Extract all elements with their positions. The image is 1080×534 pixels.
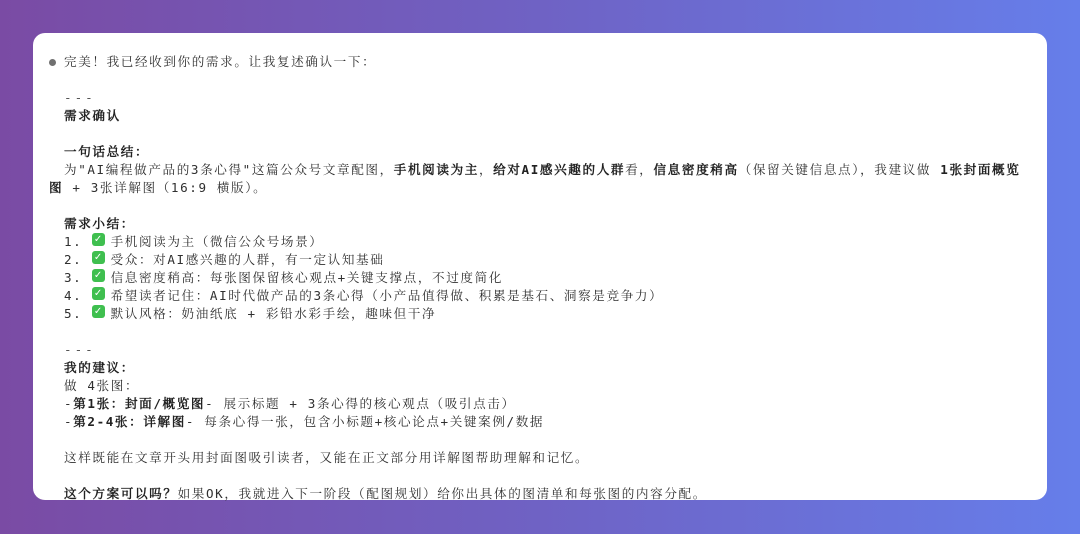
summary-part-4: （保留关键信息点），我建议做 bbox=[739, 162, 941, 177]
spacer bbox=[49, 71, 1031, 89]
requirement-text: 信息密度稍高：每张图保留核心观点+关键支撑点，不过度简化 bbox=[111, 269, 503, 287]
spacer bbox=[49, 125, 1031, 143]
requirement-item: 2. ✓受众：对AI感兴趣的人群，有一定认知基础 bbox=[49, 251, 1031, 269]
requirement-item: 5. ✓默认风格：奶油纸底 + 彩铅水彩手绘，趣味但干净 bbox=[49, 305, 1031, 323]
requirement-text: 默认风格：奶油纸底 + 彩铅水彩手绘，趣味但干净 bbox=[111, 305, 437, 323]
suggestion-label: 第1张：封面/概览图 bbox=[73, 395, 205, 413]
chat-message-card: 完美！我已经收到你的需求。让我复述确认一下： --- 需求确认 一句话总结： 为… bbox=[33, 33, 1047, 500]
question-row: 这个方案可以吗？ 如果OK，我就进入下一阶段（配图规划）给你出具体的图清单和每张… bbox=[49, 485, 1031, 503]
suggestion-label: 第2-4张：详解图 bbox=[73, 413, 186, 431]
suggestion-item: - 第2-4张：详解图 - 每条心得一张，包含小标题+核心论点+关键案例/数据 bbox=[49, 413, 1031, 431]
suggestion-count-row: 做 4张图： bbox=[49, 377, 1031, 395]
assistant-message: 完美！我已经收到你的需求。让我复述确认一下： --- 需求确认 一句话总结： 为… bbox=[49, 53, 1031, 503]
suggestion-prefix: - bbox=[64, 395, 73, 413]
summary-part-1: 为"AI编程做产品的3条心得"这篇公众号文章配图， bbox=[49, 162, 394, 177]
requirements-heading-row: 需求小结： bbox=[49, 215, 1031, 233]
requirement-item: 3. ✓信息密度稍高：每张图保留核心观点+关键支撑点，不过度简化 bbox=[49, 269, 1031, 287]
summary-part-5: + 3张详解图（16:9 横版）。 bbox=[63, 180, 267, 195]
summary-bold-mobile: 手机阅读为主 bbox=[394, 162, 479, 177]
check-box-icon: ✓ bbox=[92, 305, 105, 318]
suggestion-heading: 我的建议： bbox=[64, 359, 135, 377]
intro-text: 完美！我已经收到你的需求。让我复述确认一下： bbox=[64, 53, 376, 71]
suggestion-count: 做 4张图： bbox=[64, 377, 139, 395]
separator-line: --- bbox=[49, 89, 1031, 107]
spacer bbox=[49, 197, 1031, 215]
separator-text: --- bbox=[64, 341, 96, 359]
suggestion-heading-row: 我的建议： bbox=[49, 359, 1031, 377]
requirement-number: 2. bbox=[64, 251, 82, 269]
requirement-text: 希望读者记住：AI时代做产品的3条心得（小产品值得做、积累是基石、洞察是竞争力） bbox=[111, 287, 664, 305]
requirement-number: 5. bbox=[64, 305, 82, 323]
separator-line: --- bbox=[49, 341, 1031, 359]
summary-heading: 一句话总结： bbox=[64, 143, 149, 161]
requirement-text: 手机阅读为主（微信公众号场景） bbox=[111, 233, 324, 251]
check-box-icon: ✓ bbox=[92, 251, 105, 264]
requirement-item: 1. ✓手机阅读为主（微信公众号场景） bbox=[49, 233, 1031, 251]
check-box-icon: ✓ bbox=[92, 287, 105, 300]
summary-part-3: 看， bbox=[625, 162, 653, 177]
section-title: 需求确认 bbox=[64, 107, 121, 125]
message-intro-row: 完美！我已经收到你的需求。让我复述确认一下： bbox=[49, 53, 1031, 71]
summary-bold-audience: 给对AI感兴趣的人群 bbox=[493, 162, 625, 177]
spacer bbox=[49, 323, 1031, 341]
suggestion-desc: - 每条心得一张，包含小标题+核心论点+关键案例/数据 bbox=[186, 413, 544, 431]
question-bold: 这个方案可以吗？ bbox=[64, 485, 178, 503]
spacer bbox=[49, 467, 1031, 485]
summary-heading-row: 一句话总结： bbox=[49, 143, 1031, 161]
spacer bbox=[49, 431, 1031, 449]
message-bullet-icon bbox=[49, 59, 56, 66]
suggestion-desc: - 展示标题 + 3条心得的核心观点（吸引点击） bbox=[205, 395, 516, 413]
summary-paragraph: 为"AI编程做产品的3条心得"这篇公众号文章配图，手机阅读为主，给对AI感兴趣的… bbox=[49, 161, 1031, 197]
requirement-number: 3. bbox=[64, 269, 82, 287]
requirement-number: 4. bbox=[64, 287, 82, 305]
summary-part-2: ， bbox=[479, 162, 493, 177]
separator-text: --- bbox=[64, 89, 96, 107]
requirement-item: 4. ✓希望读者记住：AI时代做产品的3条心得（小产品值得做、积累是基石、洞察是… bbox=[49, 287, 1031, 305]
rationale-text: 这样既能在文章开头用封面图吸引读者，又能在正文部分用详解图帮助理解和记忆。 bbox=[64, 449, 589, 467]
check-box-icon: ✓ bbox=[92, 233, 105, 246]
check-box-icon: ✓ bbox=[92, 269, 105, 282]
requirement-text: 受众：对AI感兴趣的人群，有一定认知基础 bbox=[111, 251, 385, 269]
requirements-heading: 需求小结： bbox=[64, 215, 135, 233]
summary-bold-density: 信息密度稍高 bbox=[653, 162, 738, 177]
section-title-row: 需求确认 bbox=[49, 107, 1031, 125]
rationale-row: 这样既能在文章开头用封面图吸引读者，又能在正文部分用详解图帮助理解和记忆。 bbox=[49, 449, 1031, 467]
suggestion-item: - 第1张：封面/概览图 - 展示标题 + 3条心得的核心观点（吸引点击） bbox=[49, 395, 1031, 413]
question-rest: 如果OK，我就进入下一阶段（配图规划）给你出具体的图清单和每张图的内容分配。 bbox=[178, 485, 707, 503]
suggestion-prefix: - bbox=[64, 413, 73, 431]
requirement-number: 1. bbox=[64, 233, 82, 251]
